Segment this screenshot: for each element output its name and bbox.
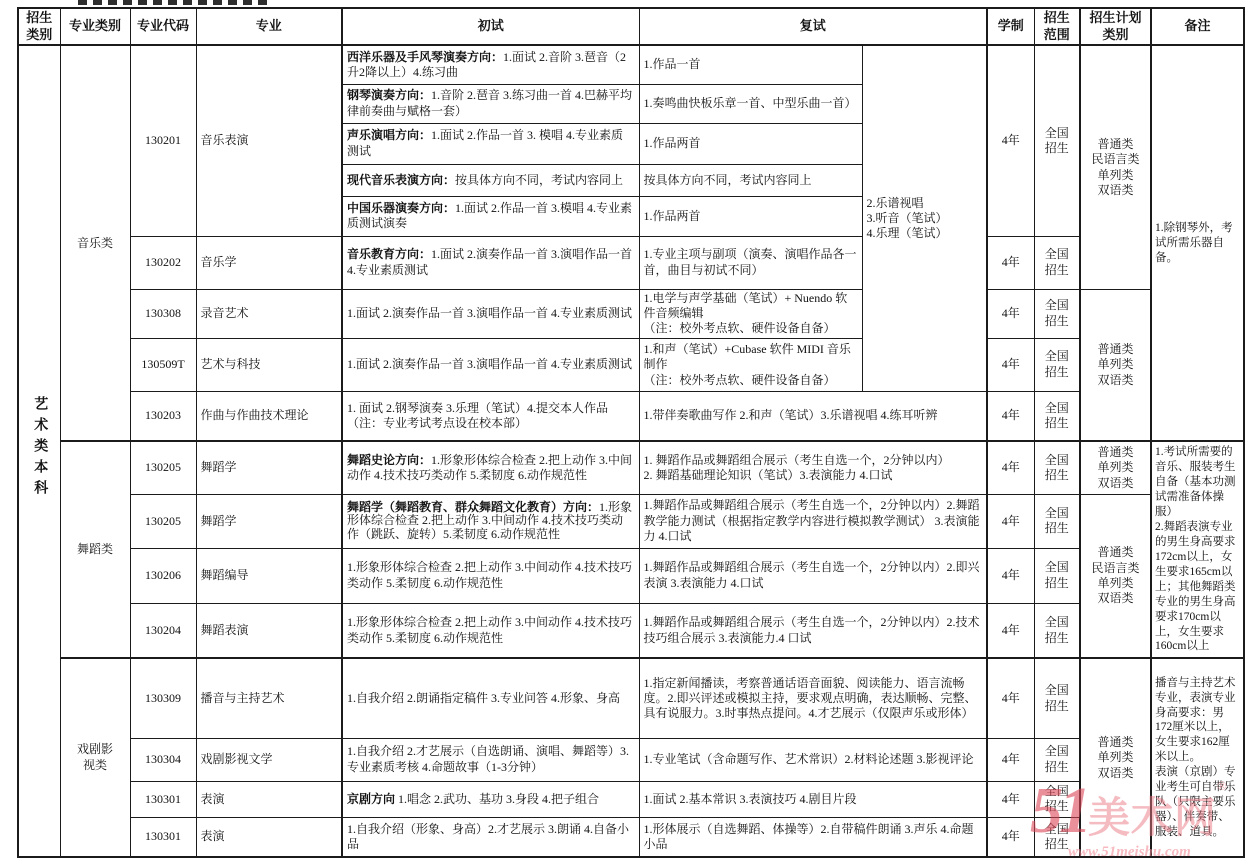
cell-plan-category: 普通类 单列类 双语类 bbox=[1080, 658, 1151, 857]
cell-major-code: 130206 bbox=[130, 548, 196, 603]
cell-major-name: 音乐学 bbox=[196, 236, 342, 289]
header-scope: 招生 范围 bbox=[1034, 8, 1080, 45]
exam-text: 1.作品两首 bbox=[644, 209, 701, 223]
cell-remarks-dance: 1.考试所需要的音乐、服装考生自备（基本功测试需准备体操服） 2.舞蹈表演专业的… bbox=[1151, 441, 1244, 658]
cell-major-name: 戏剧影视文学 bbox=[196, 738, 342, 781]
cell-major-code: 130201 bbox=[130, 45, 196, 236]
cell-major-code: 130301 bbox=[130, 817, 196, 857]
exam-direction-label: 中国乐器演奏方向： bbox=[347, 201, 455, 215]
cell-major-name: 表演 bbox=[196, 781, 342, 817]
exam-direction-label: 舞蹈学（舞蹈教育、群众舞蹈文化教育）方向： bbox=[347, 500, 599, 514]
cell-remarks-music: 1.除钢琴外，考试所需乐器自备。 bbox=[1151, 45, 1244, 441]
cell-major-code: 130308 bbox=[130, 289, 196, 338]
cell-duration: 4年 bbox=[987, 781, 1034, 817]
cell-plan-category: 普通类 单列类 双语类 bbox=[1080, 441, 1151, 494]
exam-direction-label: 现代音乐表演方向： bbox=[347, 173, 455, 187]
cell-major-code: 130301 bbox=[130, 781, 196, 817]
cell-major-code: 130304 bbox=[130, 738, 196, 781]
exam-text: 1.形体展示（自选舞蹈、体操等）2.自带稿件朗诵 3.声乐 4.命题小品 bbox=[644, 822, 974, 851]
exam-direction-label: 音乐教育方向： bbox=[347, 247, 431, 261]
cell-scope: 全国 招生 bbox=[1034, 338, 1080, 391]
cell-major-name: 表演 bbox=[196, 817, 342, 857]
exam-text: 1.面试 2.演奏作品一首 3.演唱作品一首 4.专业素质测试 bbox=[347, 357, 632, 371]
header-plan-category: 招生计划 类别 bbox=[1080, 8, 1151, 45]
exam-direction-label: 西洋乐器及手风琴演奏方向： bbox=[347, 50, 503, 64]
cell-scope: 全国 招生 bbox=[1034, 548, 1080, 603]
cell-duration: 4年 bbox=[987, 494, 1034, 548]
cell-duration: 4年 bbox=[987, 658, 1034, 738]
cell-first-exam: 音乐教育方向：1.面试 2.演奏作品一首 3.演唱作品一首 4.专业素质测试 bbox=[342, 236, 639, 289]
cell-major-name: 作曲与作曲技术理论 bbox=[196, 391, 342, 441]
cell-first-exam: 中国乐器演奏方向：1.面试 2.作品一首 3.模唱 4.专业素质测试演奏 bbox=[342, 196, 639, 236]
cell-major-name: 舞蹈编导 bbox=[196, 548, 342, 603]
admission-category-label: 艺术类本科 bbox=[30, 396, 48, 501]
cell-first-exam: 现代音乐表演方向：按具体方向不同，考试内容同上 bbox=[342, 164, 639, 196]
cell-first-exam: 1.面试 2.演奏作品一首 3.演唱作品一首 4.专业素质测试 bbox=[342, 338, 639, 391]
cell-scope: 全国 招生 bbox=[1034, 603, 1080, 658]
cell-scope: 全国 招生 bbox=[1034, 391, 1080, 441]
exam-direction-label: 京剧方向 bbox=[347, 792, 395, 806]
clipped-caption-text bbox=[78, 0, 273, 5]
cell-major-name: 艺术与科技 bbox=[196, 338, 342, 391]
header-duration: 学制 bbox=[987, 8, 1034, 45]
cell-first-exam: 1.形象形体综合检查 2.把上动作 3.中间动作 4.技术技巧类动作 5.柔韧度… bbox=[342, 603, 639, 658]
cell-major-code: 130204 bbox=[130, 603, 196, 658]
cell-second-exam: 1.舞蹈作品或舞蹈组合展示（考生自选一个，2分钟以内）2.舞蹈教学能力测试（根据… bbox=[639, 494, 987, 548]
cell-first-exam: 钢琴演奏方向：1.音阶 2.琶音 3.练习曲一首 4.巴赫平均律前奏曲与赋格一套… bbox=[342, 84, 639, 123]
exam-text: 1.自我介绍（形象、身高）2.才艺展示 3.朗诵 4.自备小品 bbox=[347, 822, 629, 851]
cell-first-exam: 1. 面试 2.钢琴演奏 3.乐理（笔试）4.提交本人作品（注：专业考试考点设在… bbox=[342, 391, 639, 441]
cell-first-exam: 1.面试 2.演奏作品一首 3.演唱作品一首 4.专业素质测试 bbox=[342, 289, 639, 338]
cell-second-exam: 1.和声（笔试）+Cubase 软件 MIDI 音乐制作 （注：校外考点软、硬件… bbox=[639, 338, 862, 391]
cell-major-code: 130203 bbox=[130, 391, 196, 441]
cell-first-exam: 京剧方向 1.唱念 2.武功、基功 3.身段 4.把子组合 bbox=[342, 781, 639, 817]
cell-second-exam: 按具体方向不同，考试内容同上 bbox=[639, 164, 862, 196]
cell-second-exam: 1.专业笔试（含命题写作、艺术常识）2.材料论述题 3.影视评论 bbox=[639, 738, 987, 781]
header-admission-category: 招生 类别 bbox=[18, 8, 60, 45]
cell-major-category-drama: 戏剧影 视类 bbox=[60, 658, 130, 857]
exam-text: 1.专业主项与副项（演奏、演唱作品各一首，曲目与初试不同） bbox=[644, 247, 857, 276]
cell-duration: 4年 bbox=[987, 236, 1034, 289]
cell-major-name: 录音艺术 bbox=[196, 289, 342, 338]
cell-second-exam: 1.形体展示（自选舞蹈、体操等）2.自带稿件朗诵 3.声乐 4.命题小品 bbox=[639, 817, 987, 857]
cell-plan-category: 普通类 民语言类 单列类 双语类 bbox=[1080, 494, 1151, 658]
exam-text: 1.奏鸣曲快板乐章一首、中型乐曲一首） bbox=[644, 96, 857, 110]
exam-text: 1.自我介绍 2.朗诵指定稿件 3.专业问答 4.形象、身高 bbox=[347, 691, 620, 705]
cell-second-exam: 1.作品两首 bbox=[639, 123, 862, 164]
cell-major-name: 舞蹈学 bbox=[196, 494, 342, 548]
cell-duration: 4年 bbox=[987, 45, 1034, 236]
cell-remarks-drama: 播音与主持艺术专业，表演专业身高要求：男172厘米以上，女生要求162厘米以上。… bbox=[1151, 658, 1244, 857]
cell-second-exam: 1.奏鸣曲快板乐章一首、中型乐曲一首） bbox=[639, 84, 862, 123]
cell-second-exam: 1.指定新闻播读，考察普通话语音面貌、阅读能力、语言流畅度。2.即兴评述或模拟主… bbox=[639, 658, 987, 738]
exam-text: 1.舞蹈作品或舞蹈组合展示（考生自选一个，2分钟以内）2.技术技巧组合展示 3.… bbox=[644, 615, 980, 644]
exam-text: 1.面试 2.基本常识 3.表演技巧 4.剧目片段 bbox=[644, 792, 857, 806]
cell-scope: 全国 招生 bbox=[1034, 781, 1080, 817]
cell-plan-category: 普通类 民语言类 单列类 双语类 bbox=[1080, 45, 1151, 289]
cell-first-exam: 1.形象形体综合检查 2.把上动作 3.中间动作 4.技术技巧类动作 5.柔韧度… bbox=[342, 548, 639, 603]
exam-text: 1. 舞蹈作品或舞蹈组合展示（考生自选一个，2分钟以内） 2. 舞蹈基础理论知识… bbox=[644, 453, 950, 482]
cell-first-exam: 舞蹈史论方向：1.形象形体综合检查 2.把上动作 3.中间动作 4.技术技巧类动… bbox=[342, 441, 639, 494]
header-major: 专业 bbox=[196, 8, 342, 45]
exam-text: 1. 面试 2.钢琴演奏 3.乐理（笔试）4.提交本人作品（注：专业考试考点设在… bbox=[347, 401, 608, 430]
exam-text: 1.指定新闻播读，考察普通话语音面貌、阅读能力、语言流畅度。2.即兴评述或模拟主… bbox=[644, 676, 977, 721]
exam-text: 1.唱念 2.武功、基功 3.身段 4.把子组合 bbox=[395, 792, 599, 806]
cell-major-category-dance: 舞蹈类 bbox=[60, 441, 130, 658]
cell-second-exam: 1. 舞蹈作品或舞蹈组合展示（考生自选一个，2分钟以内） 2. 舞蹈基础理论知识… bbox=[639, 441, 987, 494]
cell-major-code: 130205 bbox=[130, 494, 196, 548]
header-first-exam: 初试 bbox=[342, 8, 639, 45]
cell-scope: 全国 招生 bbox=[1034, 738, 1080, 781]
cell-plan-category: 普通类 单列类 双语类 bbox=[1080, 289, 1151, 441]
cell-major-name: 播音与主持艺术 bbox=[196, 658, 342, 738]
cell-duration: 4年 bbox=[987, 817, 1034, 857]
exam-text: 1.带伴奏歌曲写作 2.和声（笔试）3.乐谱视唱 4.练耳听辨 bbox=[644, 408, 938, 422]
cell-second-exam: 1.舞蹈作品或舞蹈组合展示（考生自选一个，2分钟以内）2.即兴表演 3.表演能力… bbox=[639, 548, 987, 603]
exam-direction-label: 钢琴演奏方向： bbox=[347, 88, 431, 102]
cell-major-code: 130309 bbox=[130, 658, 196, 738]
cell-first-exam: 1.自我介绍 2.朗诵指定稿件 3.专业问答 4.形象、身高 bbox=[342, 658, 639, 738]
cell-duration: 4年 bbox=[987, 338, 1034, 391]
exam-text: 1.形象形体综合检查 2.把上动作 3.中间动作 4.技术技巧类动作 5.柔韧度… bbox=[347, 560, 632, 589]
exam-text: 1.电学与声学基础（笔试）+ Nuendo 软件音频编辑 （注：校外考点软、硬件… bbox=[644, 291, 848, 336]
cell-scope: 全国 招生 bbox=[1034, 658, 1080, 738]
cell-major-code: 130205 bbox=[130, 441, 196, 494]
cell-duration: 4年 bbox=[987, 391, 1034, 441]
cell-second-exam: 1.作品一首 bbox=[639, 45, 862, 84]
cell-second-exam: 1.电学与声学基础（笔试）+ Nuendo 软件音频编辑 （注：校外考点软、硬件… bbox=[639, 289, 862, 338]
header-major-code: 专业代码 bbox=[130, 8, 196, 45]
cell-major-code: 130202 bbox=[130, 236, 196, 289]
exam-text: 1.和声（笔试）+Cubase 软件 MIDI 音乐制作 （注：校外考点软、硬件… bbox=[644, 342, 851, 387]
cell-first-exam: 声乐演唱方向：1.面试 2.作品一首 3. 模唱 4.专业素质测试 bbox=[342, 123, 639, 164]
cell-second-exam: 1.专业主项与副项（演奏、演唱作品各一首，曲目与初试不同） bbox=[639, 236, 862, 289]
header-second-exam: 复试 bbox=[639, 8, 987, 45]
cell-major-name: 音乐表演 bbox=[196, 45, 342, 236]
cell-first-exam: 舞蹈学（舞蹈教育、群众舞蹈文化教育）方向：1.形象形体综合检查 2.把上动作 3… bbox=[342, 494, 639, 548]
header-remarks: 备注 bbox=[1151, 8, 1244, 45]
exam-direction-label: 舞蹈史论方向： bbox=[347, 453, 431, 467]
exam-direction-label: 声乐演唱方向： bbox=[347, 128, 431, 142]
scanned-admission-table-page: 招生 类别 专业类别 专业代码 专业 初试 复试 学制 招生 范围 招生计划 类… bbox=[0, 0, 1260, 859]
cell-first-exam: 西洋乐器及手风琴演奏方向：1.面试 2.音阶 3.琶音（2升2降以上）4.练习曲 bbox=[342, 45, 639, 84]
cell-scope: 全国 招生 bbox=[1034, 236, 1080, 289]
exam-text: 1.专业笔试（含命题写作、艺术常识）2.材料论述题 3.影视评论 bbox=[644, 752, 974, 766]
cell-major-name: 舞蹈表演 bbox=[196, 603, 342, 658]
cell-first-exam: 1.自我介绍 2.才艺展示（自选朗诵、演唱、舞蹈等）3.专业素质考核 4.命题故… bbox=[342, 738, 639, 781]
cell-scope: 全国 招生 bbox=[1034, 45, 1080, 236]
exam-text: 1.作品两首 bbox=[644, 136, 701, 150]
cell-scope: 全国 招生 bbox=[1034, 817, 1080, 857]
cell-major-category-music: 音乐类 bbox=[60, 45, 130, 441]
cell-scope: 全国 招生 bbox=[1034, 441, 1080, 494]
exam-text: 1.作品一首 bbox=[644, 57, 701, 71]
cell-first-exam: 1.自我介绍（形象、身高）2.才艺展示 3.朗诵 4.自备小品 bbox=[342, 817, 639, 857]
exam-text: 1.舞蹈作品或舞蹈组合展示（考生自选一个，2分钟以内）2.即兴表演 3.表演能力… bbox=[644, 560, 980, 589]
cell-second-exam: 1.面试 2.基本常识 3.表演技巧 4.剧目片段 bbox=[639, 781, 987, 817]
cell-second-exam: 1.作品两首 bbox=[639, 196, 862, 236]
cell-scope: 全国 招生 bbox=[1034, 289, 1080, 338]
cell-major-code: 130509T bbox=[130, 338, 196, 391]
cell-major-name: 舞蹈学 bbox=[196, 441, 342, 494]
exam-text: 按具体方向不同，考试内容同上 bbox=[455, 173, 623, 187]
cell-duration: 4年 bbox=[987, 738, 1034, 781]
cell-second-exam: 1.带伴奏歌曲写作 2.和声（笔试）3.乐谱视唱 4.练耳听辨 bbox=[639, 391, 987, 441]
exam-text: 按具体方向不同，考试内容同上 bbox=[644, 173, 812, 187]
cell-admission-category: 艺术类本科 bbox=[18, 45, 60, 857]
cell-second-exam: 1.舞蹈作品或舞蹈组合展示（考生自选一个，2分钟以内）2.技术技巧组合展示 3.… bbox=[639, 603, 987, 658]
admission-exam-table: 招生 类别 专业类别 专业代码 专业 初试 复试 学制 招生 范围 招生计划 类… bbox=[17, 7, 1245, 858]
cell-duration: 4年 bbox=[987, 441, 1034, 494]
exam-text: 1.形象形体综合检查 2.把上动作 3.中间动作 4.技术技巧类动作 5.柔韧度… bbox=[347, 615, 632, 644]
cell-duration: 4年 bbox=[987, 603, 1034, 658]
cell-duration: 4年 bbox=[987, 289, 1034, 338]
cell-shared-second-exam: 2.乐谱视唱 3.听音（笔试） 4.乐理（笔试） bbox=[862, 45, 987, 391]
exam-text: 1.自我介绍 2.才艺展示（自选朗诵、演唱、舞蹈等）3.专业素质考核 4.命题故… bbox=[347, 744, 629, 773]
cell-scope: 全国 招生 bbox=[1034, 494, 1080, 548]
header-major-category: 专业类别 bbox=[60, 8, 130, 45]
exam-text: 1.面试 2.演奏作品一首 3.演唱作品一首 4.专业素质测试 bbox=[347, 306, 632, 320]
exam-text: 1.舞蹈作品或舞蹈组合展示（考生自选一个，2分钟以内）2.舞蹈教学能力测试（根据… bbox=[644, 498, 980, 543]
cell-duration: 4年 bbox=[987, 548, 1034, 603]
